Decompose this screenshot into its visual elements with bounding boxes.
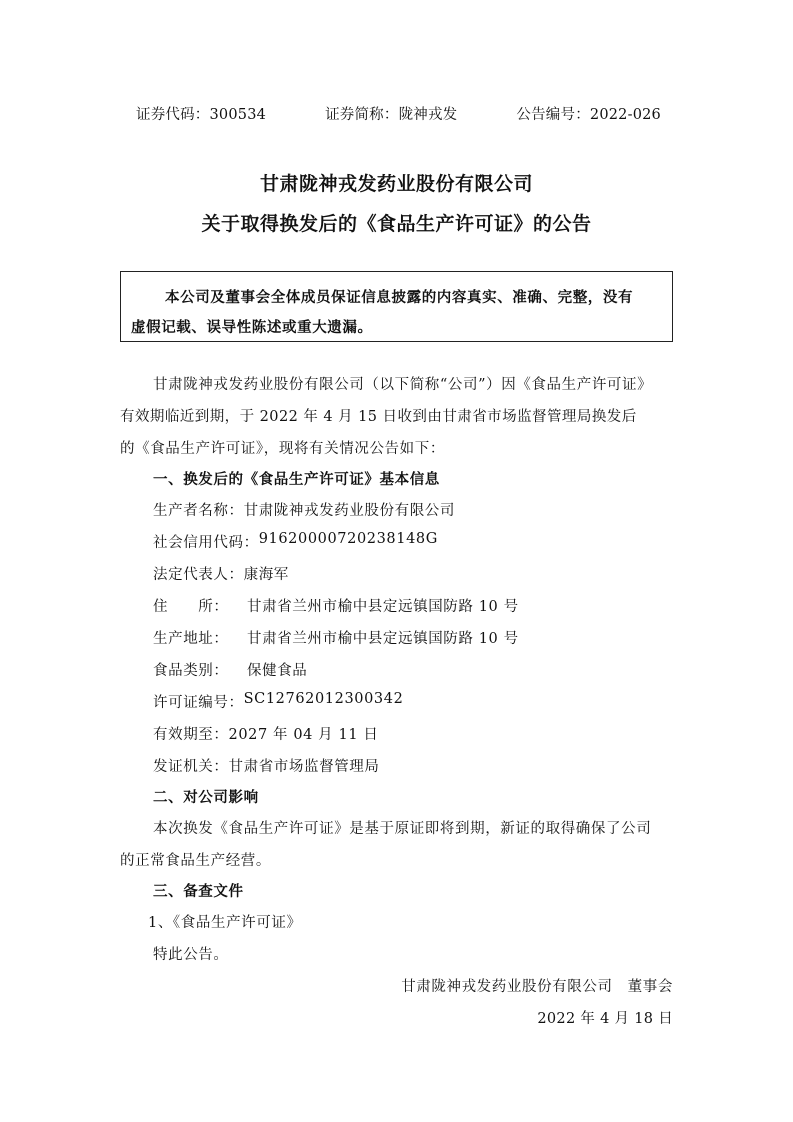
field-value: SC12762012300342: [244, 691, 404, 712]
field-label: 有效期至：: [153, 723, 229, 744]
document-page: 证券代码：300534 证券简称：陇神戎发 公告编号：2022-026 甘肃陇神…: [0, 0, 793, 1122]
field-label: 法定代表人：: [153, 563, 244, 584]
field-value: 康海军: [244, 563, 289, 584]
announcement-title: 关于取得换发后的《食品生产许可证》的公告: [0, 209, 793, 236]
field-producer-name: 生产者名称： 甘肃陇神戎发药业股份有限公司: [153, 499, 455, 520]
field-value: 2027 年 04 月 11 日: [229, 723, 379, 744]
section-2-line-2: 的正常食品生产经营。: [120, 849, 271, 870]
intro-line-1: 甘肃陇神戎发药业股份有限公司（以下简称“公司”）因《食品生产许可证》: [153, 373, 652, 394]
disclosure-line-2: 虚假记载、误导性陈述或重大遗漏。: [131, 316, 373, 337]
field-label: 许可证编号：: [153, 691, 244, 712]
field-value: 甘肃省兰州市榆中县定远镇国防路 10 号: [247, 595, 519, 616]
signature-organization: 甘肃陇神戎发药业股份有限公司 董事会: [401, 975, 673, 996]
field-credit-code: 社会信用代码： 91620000720238148G: [153, 531, 438, 552]
field-label: 社会信用代码：: [153, 531, 259, 552]
field-legal-representative: 法定代表人： 康海军: [153, 563, 289, 584]
field-value: 甘肃省兰州市榆中县定远镇国防路 10 号: [247, 627, 519, 648]
section-2-heading: 二、对公司影响: [153, 786, 259, 807]
field-food-category: 食品类别： 保健食品: [153, 659, 307, 680]
disclosure-line-1: 本公司及董事会全体成员保证信息披露的内容真实、准确、完整，没有: [165, 286, 633, 307]
field-label: 生产地址：: [153, 627, 247, 648]
intro-line-2: 有效期临近到期，于 2022 年 4 月 15 日收到由甘肃省市场监督管理局换发…: [120, 405, 637, 426]
document-header: 证券代码：300534 证券简称：陇神戎发 公告编号：2022-026: [136, 103, 661, 124]
field-label: 住 所：: [153, 595, 247, 616]
field-value: 甘肃陇神戎发药业股份有限公司: [244, 499, 455, 520]
closing-statement: 特此公告。: [153, 943, 229, 964]
section-3-heading: 三、备查文件: [153, 880, 244, 901]
field-domicile: 住 所： 甘肃省兰州市榆中县定远镇国防路 10 号: [153, 595, 519, 616]
field-production-address: 生产地址： 甘肃省兰州市榆中县定远镇国防路 10 号: [153, 627, 519, 648]
field-value: 保健食品: [247, 659, 307, 680]
intro-line-3: 的《食品生产许可证》，现将有关情况公告如下：: [120, 437, 445, 458]
disclosure-statement-box: 本公司及董事会全体成员保证信息披露的内容真实、准确、完整，没有 虚假记载、误导性…: [120, 271, 673, 342]
field-license-number: 许可证编号： SC12762012300342: [153, 691, 403, 712]
section-2-line-1: 本次换发《食品生产许可证》是基于原证即将到期，新证的取得确保了公司: [153, 817, 651, 838]
section-1-heading: 一、换发后的《食品生产许可证》基本信息: [153, 468, 440, 489]
field-label: 食品类别：: [153, 659, 247, 680]
stock-code: 证券代码：300534: [136, 103, 266, 124]
field-valid-until: 有效期至： 2027 年 04 月 11 日: [153, 723, 378, 744]
field-label: 发证机关：: [153, 755, 229, 776]
reference-document-1: 1、《食品生产许可证》: [148, 911, 302, 932]
announcement-number: 公告编号：2022-026: [516, 103, 661, 124]
field-issuing-authority: 发证机关： 甘肃省市场监督管理局: [153, 755, 380, 776]
field-label: 生产者名称：: [153, 499, 244, 520]
company-title: 甘肃陇神戎发药业股份有限公司: [0, 169, 793, 196]
field-value: 甘肃省市场监督管理局: [229, 755, 380, 776]
signature-date: 2022 年 4 月 18 日: [537, 1007, 673, 1028]
stock-abbreviation: 证券简称：陇神戎发: [325, 103, 457, 124]
field-value: 91620000720238148G: [259, 531, 438, 552]
